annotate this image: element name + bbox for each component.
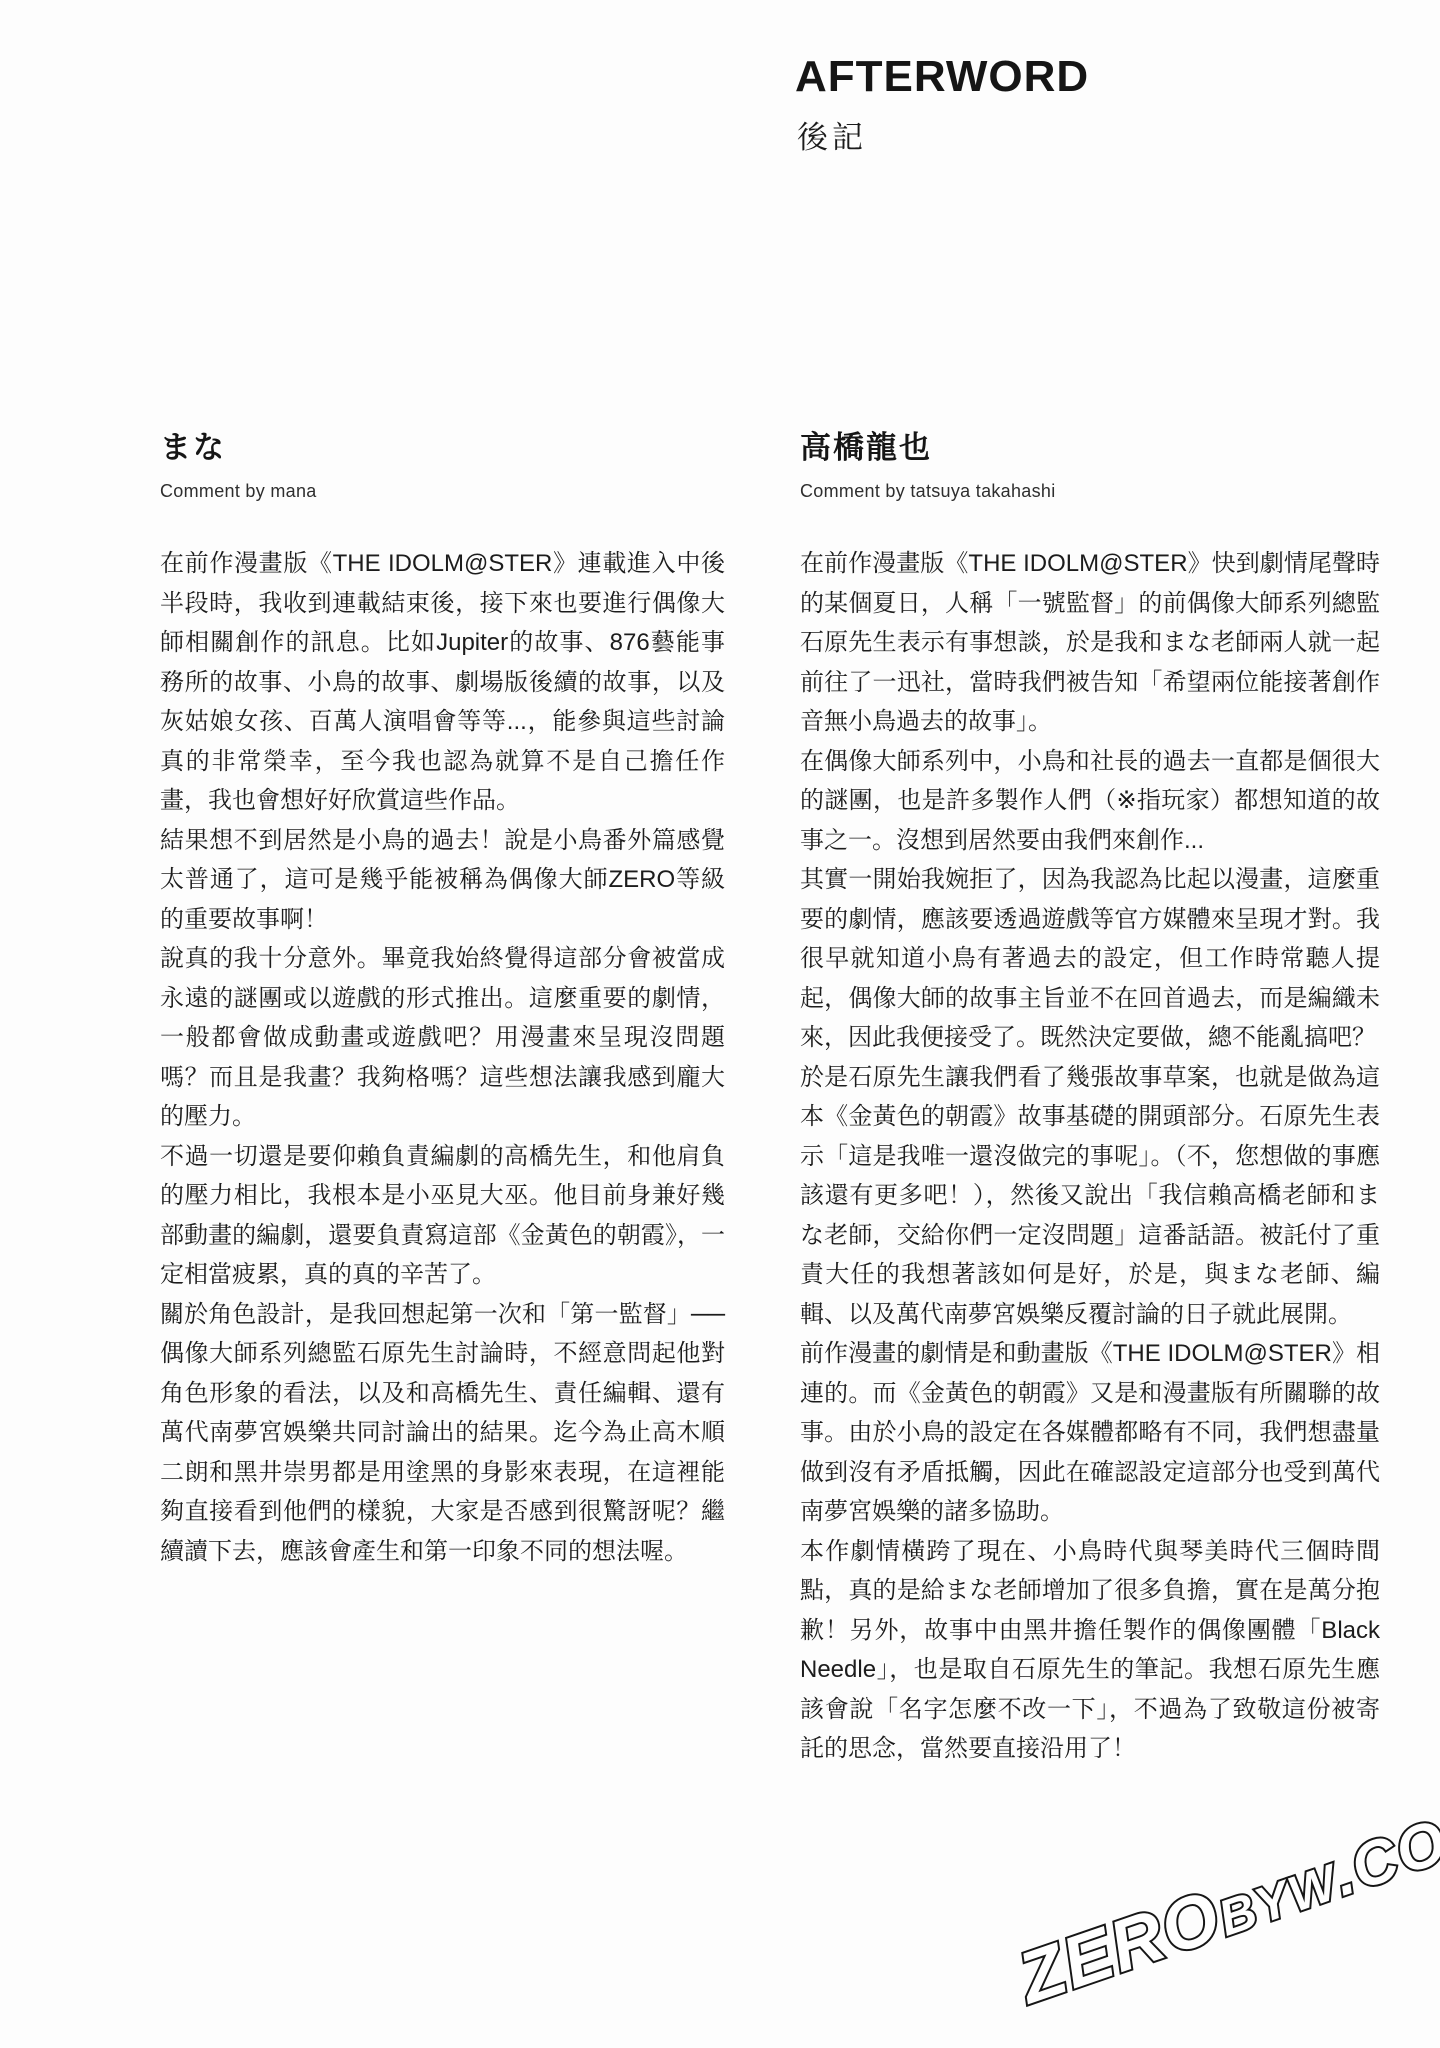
author-name-mana: まな — [160, 422, 725, 467]
comment-paragraph: 於是石原先生讓我們看了幾張故事草案，也就是做為這本《金黃色的朝霞》故事基礎的開頭… — [800, 1058, 1380, 1335]
comment-paragraph: 不過一切還是要仰賴負責編劇的高橋先生，和他肩負的壓力相比，我根本是小巫見大巫。他… — [160, 1137, 725, 1295]
comment-paragraph: 在前作漫畫版《THE IDOLM@STER》連載進入中後半段時，我收到連載結束後… — [160, 544, 725, 821]
comment-text-mana: 在前作漫畫版《THE IDOLM@STER》連載進入中後半段時，我收到連載結束後… — [160, 544, 725, 1571]
author-name-takahashi: 高橋龍也 — [800, 422, 1380, 467]
page-subtitle: 後記 — [797, 112, 1089, 157]
comment-paragraph: 其實一開始我婉拒了，因為我認為比起以漫畫，這麼重要的劇情，應該要透過遊戲等官方媒… — [800, 860, 1380, 1058]
watermark-text-byw: BYW — [1211, 1854, 1345, 1947]
comment-paragraph: 在前作漫畫版《THE IDOLM@STER》快到劇情尾聲時的某個夏日，人稱「一號… — [800, 544, 1380, 742]
author-byline-takahashi: Comment by tatsuya takahashi — [800, 481, 1380, 502]
author-byline-mana: Comment by mana — [160, 481, 725, 502]
page-title: AFTERWORD — [795, 52, 1089, 102]
comment-paragraph: 前作漫畫的劇情是和動畫版《THE IDOLM@STER》相連的。而《金黃色的朝霞… — [800, 1334, 1380, 1532]
watermark-text-com: .COM — [1324, 1789, 1440, 1910]
zerobyw-watermark: ZEROBYW.COM — [1008, 1780, 1440, 2020]
comment-paragraph: 結果想不到居然是小鳥的過去！說是小鳥番外篇感覺太普通了，這可是幾乎能被稱為偶像大… — [160, 821, 725, 940]
watermark-text-zero: ZERO — [1009, 1876, 1232, 2019]
comment-paragraph: 在偶像大師系列中，小鳥和社長的過去一直都是個很大的謎團，也是許多製作人們（※指玩… — [800, 742, 1380, 861]
comment-paragraph: 說真的我十分意外。畢竟我始終覺得這部分會被當成永遠的謎團或以遊戲的形式推出。這麼… — [160, 939, 725, 1137]
comment-column-takahashi: 高橋龍也 Comment by tatsuya takahashi 在前作漫畫版… — [800, 422, 1380, 1769]
afterword-header: AFTERWORD 後記 — [795, 52, 1089, 157]
comment-column-mana: まな Comment by mana 在前作漫畫版《THE IDOLM@STER… — [160, 422, 725, 1571]
comment-text-takahashi: 在前作漫畫版《THE IDOLM@STER》快到劇情尾聲時的某個夏日，人稱「一號… — [800, 544, 1380, 1769]
comment-paragraph: 關於角色設計，是我回想起第一次和「第一監督」──偶像大師系列總監石原先生討論時，… — [160, 1295, 725, 1572]
comment-paragraph: 本作劇情橫跨了現在、小鳥時代與琴美時代三個時間點，真的是給まな老師增加了很多負擔… — [800, 1532, 1380, 1769]
